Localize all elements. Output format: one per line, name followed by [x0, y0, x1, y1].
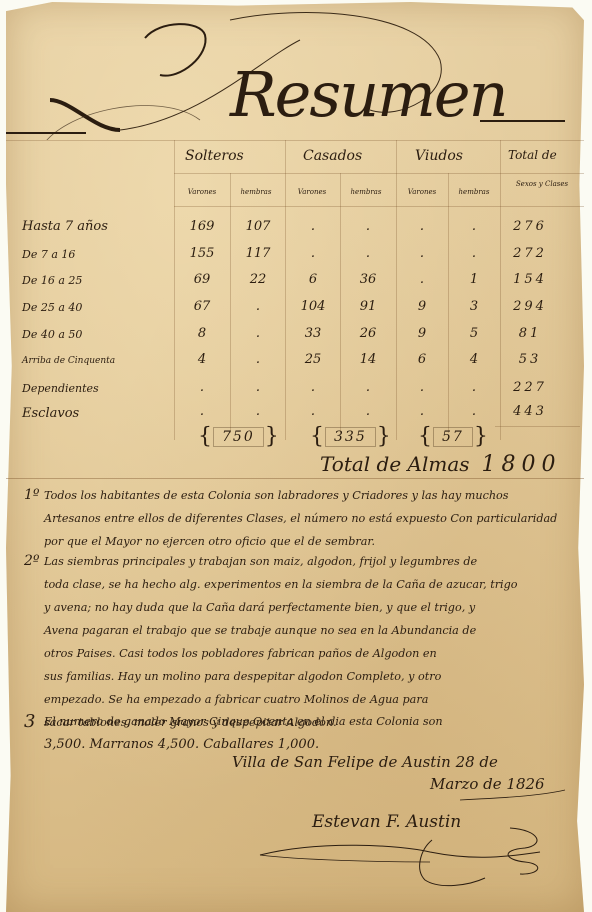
signature-flourish-icon	[0, 0, 592, 912]
